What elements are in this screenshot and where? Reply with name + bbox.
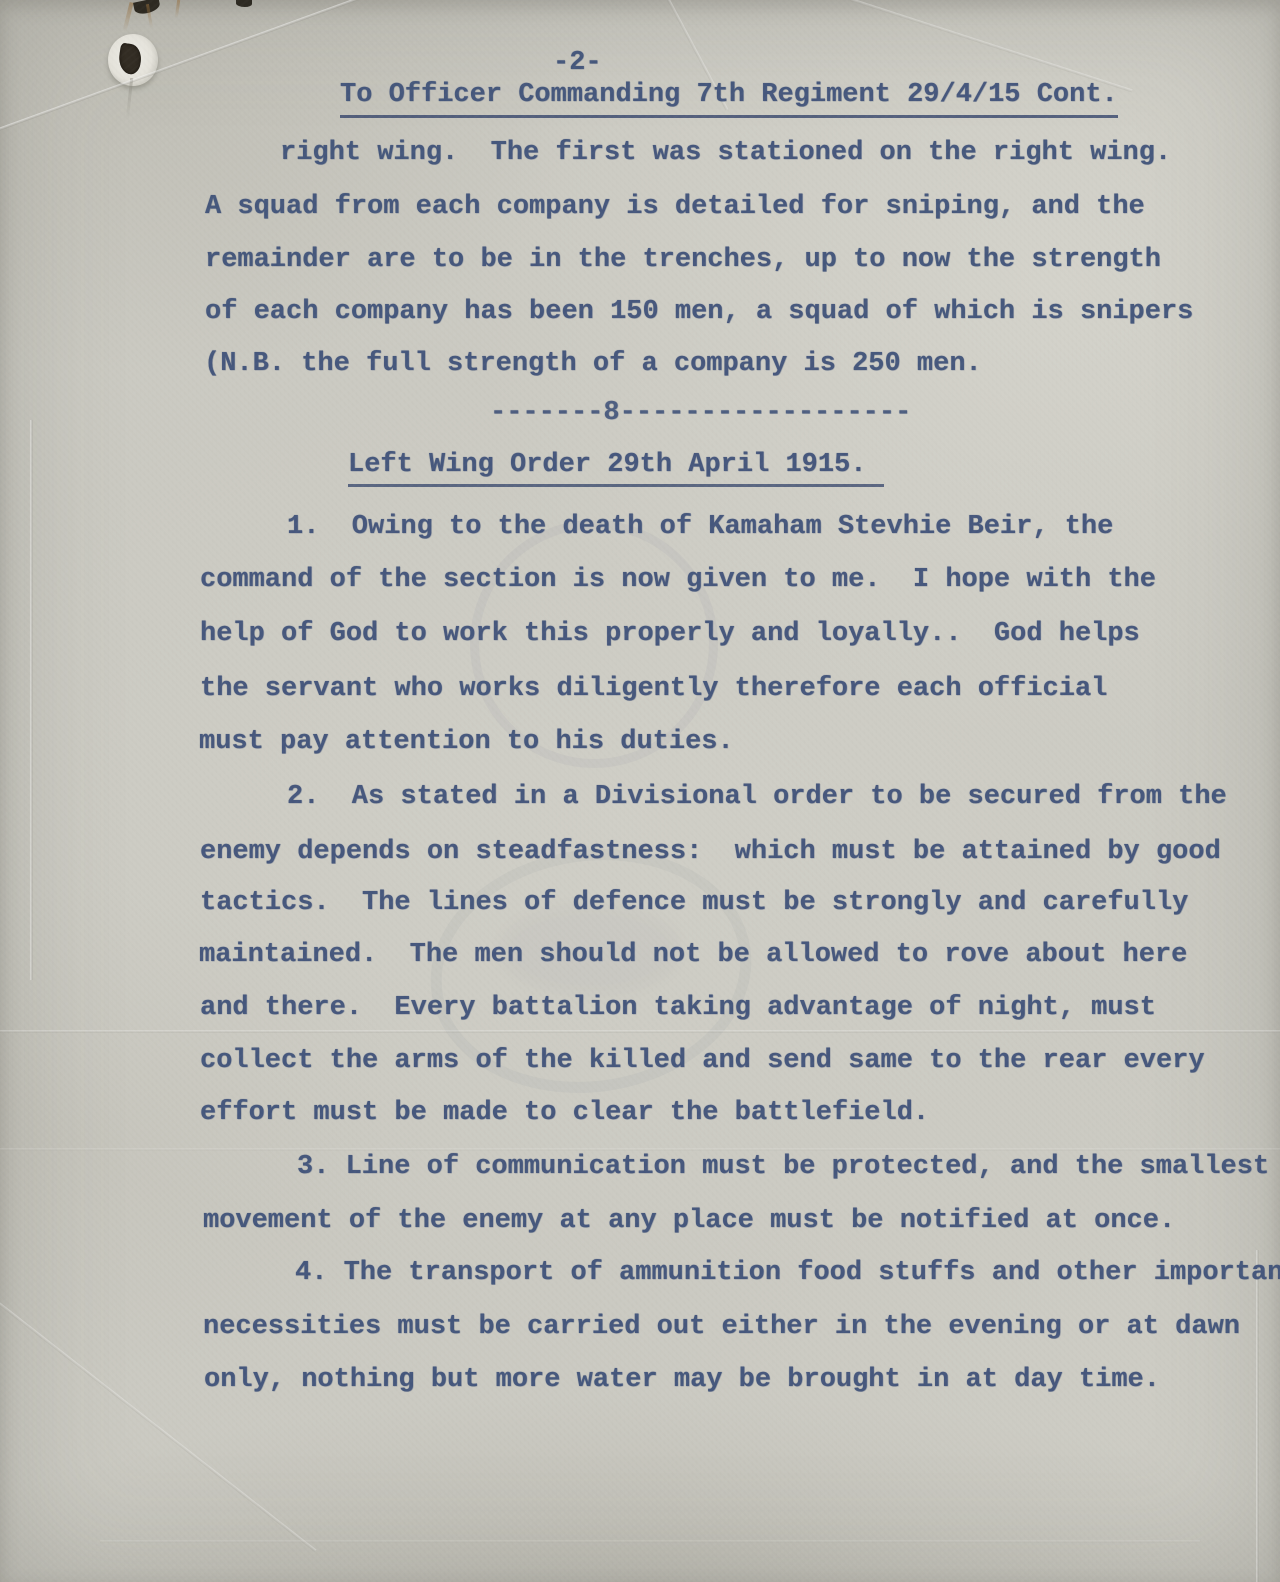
document-page: -2- To Officer Commanding 7th Regiment 2… [0, 0, 1280, 1582]
typed-line: right wing. The first was stationed on t… [280, 136, 1171, 170]
typed-line: must pay attention to his duties. [199, 725, 734, 759]
typed-line: 2. As stated in a Divisional order to be… [287, 780, 1227, 814]
paper-crease [0, 1030, 1280, 1033]
rust-stain [122, 2, 133, 32]
typed-line: maintained. The men should not be allowe… [199, 938, 1187, 972]
paper-crease [0, 0, 378, 137]
typed-divider: -------8------------------ [490, 396, 911, 430]
typed-line: command of the section is now given to m… [200, 563, 1156, 597]
paper-tear-mark [236, 0, 252, 7]
typed-line: tactics. The lines of defence must be st… [200, 886, 1188, 920]
paper-crease [100, 1540, 1200, 1543]
typed-line: and there. Every battalion taking advant… [200, 991, 1156, 1025]
typed-line: help of God to work this properly and lo… [200, 617, 1140, 651]
typed-line: the servant who works diligently therefo… [200, 672, 1107, 706]
section-heading: Left Wing Order 29th April 1915. [348, 448, 884, 482]
typed-line: (N.B. the full strength of a company is … [204, 347, 982, 381]
document-title: To Officer Commanding 7th Regiment 29/4/… [340, 78, 1118, 112]
typed-line: A squad from each company is detailed fo… [205, 190, 1145, 224]
page-number: -2- [553, 46, 602, 80]
typed-line: 1. Owing to the death of Kamaham Stevhie… [287, 510, 1113, 544]
paper-crease [30, 420, 33, 980]
typed-line: movement of the enemy at any place must … [203, 1204, 1175, 1238]
typed-line: effort must be made to clear the battlef… [200, 1096, 929, 1130]
typed-line: of each company has been 150 men, a squa… [205, 295, 1193, 329]
document-title-text: To Officer Commanding 7th Regiment 29/4/… [340, 80, 1118, 118]
typed-line: only, nothing but more water may be brou… [204, 1363, 1160, 1397]
section-heading-text: Left Wing Order 29th April 1915. [348, 450, 884, 487]
rust-stain [175, 0, 180, 18]
paper-crease [1256, 1250, 1259, 1582]
typed-line: enemy depends on steadfastness: which mu… [200, 835, 1221, 869]
typed-line: 3. Line of communication must be protect… [297, 1150, 1269, 1184]
typed-line: 4. The transport of ammunition food stuf… [295, 1256, 1280, 1290]
typed-line: collect the arms of the killed and send … [200, 1044, 1205, 1078]
typed-line: necessities must be carried out either i… [203, 1310, 1240, 1344]
typed-line: remainder are to be in the trenches, up … [205, 243, 1161, 277]
